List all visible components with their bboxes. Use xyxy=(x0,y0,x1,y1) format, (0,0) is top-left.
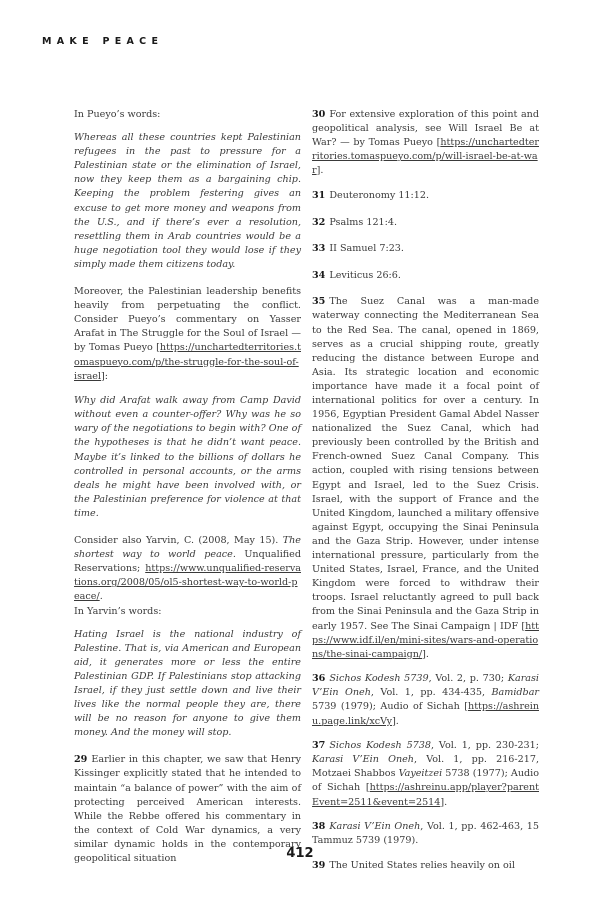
paragraph-text: In Yarvin’s words: xyxy=(74,606,161,617)
endnote-text: II Samuel 7:23. xyxy=(329,243,404,254)
citation-title: Sichos Kodesh 5739 xyxy=(329,673,428,684)
page-number: 412 xyxy=(0,846,600,861)
endnote-number: 35 xyxy=(312,296,325,307)
paragraph: In Pueyo’s words: xyxy=(74,108,301,122)
paragraph: Moreover, the Palestinian leadership ben… xyxy=(74,285,301,384)
block-quote: Why did Arafat walk away from Camp David… xyxy=(74,394,301,521)
endnote-number: 32 xyxy=(312,217,325,228)
endnote-number: 29 xyxy=(74,754,87,765)
endnote-33: 33II Samuel 7:23. xyxy=(312,242,539,256)
citation-title: Karasi V’Ein Oneh xyxy=(312,754,414,765)
endnote-number: 38 xyxy=(312,821,325,832)
endnote-number: 39 xyxy=(312,860,325,871)
endnote-35: 35The Suez Canal was a man-made waterway… xyxy=(312,295,539,661)
endnote-text: The United States relies heavily on oil xyxy=(329,860,515,871)
endnote-30: 30For extensive exploration of this poin… xyxy=(312,108,539,178)
endnote-number: 37 xyxy=(312,740,325,751)
endnote-text: , Vol. 1, pp. 230-231; xyxy=(431,740,539,751)
endnote-37: 37Sichos Kodesh 5738, Vol. 1, pp. 230-23… xyxy=(312,739,539,809)
block-quote: Whereas all these countries kept Palesti… xyxy=(74,131,301,272)
endnote-31: 31Deuteronomy 11:12. xyxy=(312,189,539,203)
endnote-text: ]. xyxy=(317,165,324,176)
endnote-text: Psalms 121:4. xyxy=(329,217,397,228)
endnote-number: 30 xyxy=(312,109,325,120)
block-quote: Hating Israel is the national industry o… xyxy=(74,628,301,741)
running-head: MAKE PEACE xyxy=(42,36,163,47)
paragraph-text: Consider also Yarvin, C. (2008, May 15). xyxy=(74,535,283,546)
citation-title: Karasi V’Ein Oneh xyxy=(329,821,420,832)
citation-title: Vayeitzei xyxy=(399,768,443,779)
endnote-text: , Vol. 2, p. 730; xyxy=(429,673,508,684)
citation-title: Sichos Kodesh 5738 xyxy=(329,740,431,751)
endnote-number: 36 xyxy=(312,673,325,684)
endnote-32: 32Psalms 121:4. xyxy=(312,216,539,230)
endnote-text: Leviticus 26:6. xyxy=(329,270,401,281)
paragraph-text: ]: xyxy=(101,371,108,382)
endnote-text: The Suez Canal was a man-made waterway c… xyxy=(312,296,539,631)
endnote-text: ]. xyxy=(440,797,447,808)
citation-title: Bamidbar xyxy=(491,687,539,698)
endnote-34: 34Leviticus 26:6. xyxy=(312,269,539,283)
left-column: In Pueyo’s words: Whereas all these coun… xyxy=(74,108,301,877)
paragraph-text: . xyxy=(100,591,103,602)
paragraph: Consider also Yarvin, C. (2008, May 15).… xyxy=(74,534,301,619)
endnote-number: 31 xyxy=(312,190,325,201)
endnote-38: 38Karasi V’Ein Oneh, Vol. 1, pp. 462-463… xyxy=(312,820,539,848)
endnote-text: Deuteronomy 11:12. xyxy=(329,190,429,201)
endnote-number: 33 xyxy=(312,243,325,254)
endnote-text: ]. xyxy=(422,649,429,660)
right-column: 30For extensive exploration of this poin… xyxy=(312,108,539,883)
endnote-36: 36Sichos Kodesh 5739, Vol. 2, p. 730; Ka… xyxy=(312,672,539,728)
endnote-text: 5739 (1979); Audio of Sichah [ xyxy=(312,701,468,712)
endnote-text: ]. xyxy=(392,716,399,727)
endnote-number: 34 xyxy=(312,270,325,281)
endnote-text: , Vol. 1, pp. 434-435, xyxy=(371,687,492,698)
